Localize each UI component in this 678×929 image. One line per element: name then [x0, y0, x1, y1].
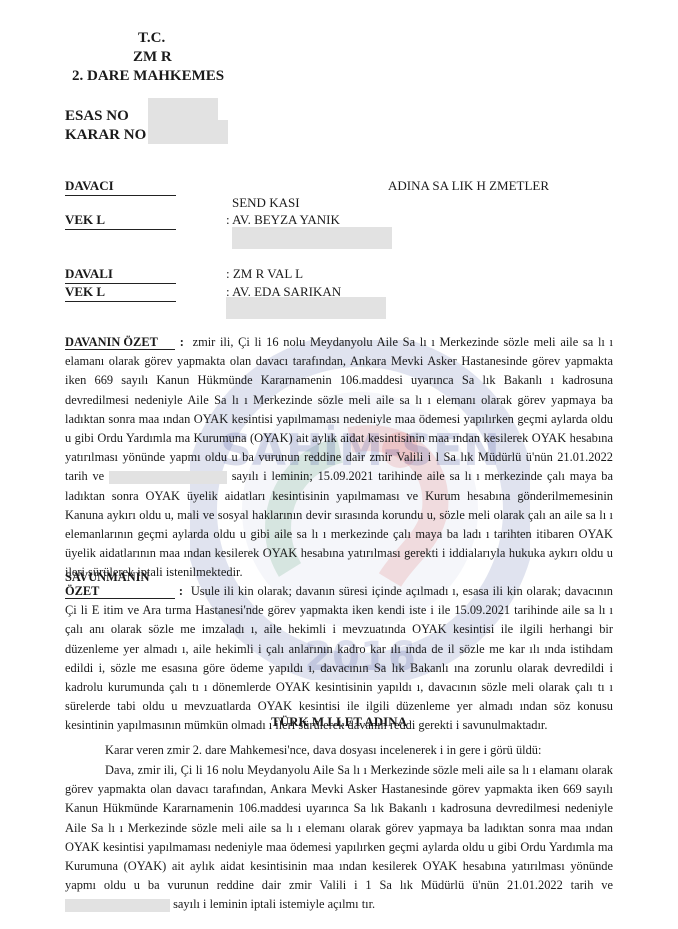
davanin-ozeti-heading: DAVANIN ÖZET — [65, 335, 175, 350]
dava-text-2: sayılı i leminin iptali istemiyle açılmı… — [173, 897, 375, 911]
davali-vekil-label: VEK L — [65, 284, 176, 302]
davanin-ozeti-text-1: zmir ili, Çi li 16 nolu Meydanyolu Aile … — [65, 335, 613, 483]
header-state: T.C. — [138, 30, 165, 47]
dava-paragraph: Dava, zmir ili, Çi li 16 nolu Meydanyolu… — [65, 761, 613, 915]
sayi-redacted — [109, 471, 227, 484]
karar-intro-paragraph: Karar veren zmir 2. dare Mahkemesi'nce, … — [65, 741, 613, 760]
karar-intro-text: Karar veren zmir 2. dare Mahkemesi'nce, … — [105, 743, 541, 757]
esas-no-label: ESAS NO — [65, 108, 129, 125]
davanin-ozeti-paragraph: DAVANIN ÖZET : zmir ili, Çi li 16 nolu M… — [65, 333, 613, 583]
savunmanin-ozeti-text: Usule ili kin olarak; davanın süresi içi… — [65, 584, 613, 732]
court-decision-page: SAHİM-SEN 2016 T.C. ZM R 2. DARE MAHKEME… — [0, 0, 678, 929]
header-court: 2. DARE MAHKEMES — [72, 68, 224, 85]
verdict-title: TÜRK M LLET ADINA — [0, 714, 678, 730]
davaci-vekil-label: VEK L — [65, 212, 176, 230]
davaci-label: DAVACI — [65, 178, 176, 196]
davali-label: DAVALI — [65, 266, 176, 284]
davaci-vekil-value: : AV. BEYZA YANIK — [226, 212, 340, 228]
sayi-redacted-2 — [65, 899, 170, 912]
karar-no-redacted — [148, 120, 228, 144]
esas-no-redacted — [148, 98, 218, 120]
dava-text-1: Dava, zmir ili, Çi li 16 nolu Meydanyolu… — [65, 763, 613, 892]
davaci-value-line1: ADINA SA LIK H ZMETLER — [388, 178, 549, 194]
davanin-ozeti-colon: : — [180, 335, 184, 349]
savunmanin-ozeti-paragraph: SAVUNMANIN ÖZET : Usule ili kin olarak; … — [65, 570, 613, 736]
davanin-ozeti-text-2: sayılı i leminin; 15.09.2021 tarihinde a… — [65, 469, 613, 579]
davali-value: : ZM R VAL L — [226, 266, 303, 282]
davaci-value-line2: SEND KASI — [232, 195, 300, 211]
savunmanin-ozeti-colon: : — [179, 584, 183, 598]
davali-vekil-address-redacted — [226, 297, 386, 319]
davaci-vekil-address-redacted — [232, 227, 392, 249]
savunmanin-ozeti-heading: SAVUNMANIN ÖZET — [65, 570, 175, 599]
header-city: ZM R — [133, 49, 172, 66]
karar-no-label: KARAR NO — [65, 127, 146, 144]
